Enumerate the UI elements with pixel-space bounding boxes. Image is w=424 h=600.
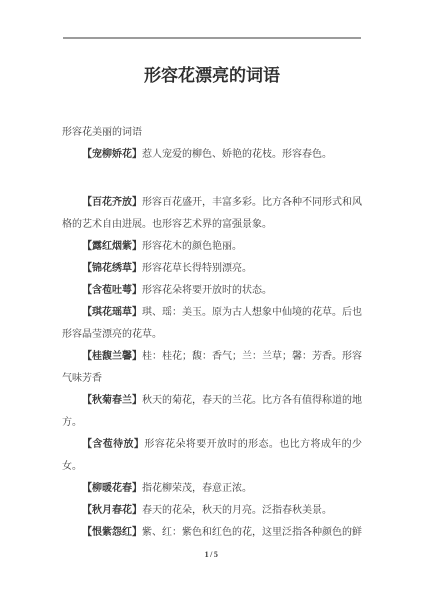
entry-term: 【桂馥兰馨】 [82, 351, 142, 362]
entry-term: 【秋菊春兰】 [82, 395, 142, 406]
page-number: 1/5 [62, 544, 362, 566]
entry-paragraph: 【秋月春花】春天的花朵，秋天的月亮。泛指春秋美景。 [62, 500, 362, 522]
entry-term: 【秋月春花】 [82, 505, 142, 516]
entry-definition: 紫、红：紫色和红色的花，这里泛指各种颜色的鲜 [142, 527, 362, 538]
entry-term: 【含苞待放】 [82, 439, 144, 450]
entry-term: 【琪花瑶草】 [82, 307, 142, 318]
document-page: 形容花漂亮的词语 形容花美丽的词语 【宠柳娇花】惹人宠爱的柳色、娇艳的花枝。形容… [0, 0, 424, 600]
entry-term: 【恨紫怨红】 [82, 527, 142, 538]
entry-term: 【柳暖花春】 [82, 483, 142, 494]
entry-definition: 形容花草长得特别漂亮。 [142, 263, 252, 274]
entry-paragraph: 【锦花绣草】形容花草长得特别漂亮。 [62, 258, 362, 280]
entry-definition: 惹人宠爱的柳色、娇艳的花枝。形容春色。 [142, 149, 332, 160]
entry-paragraph: 【百花齐放】形容百花盛开，丰富多彩。比方各种不同形式和风格的艺术自由进展。也形容… [62, 192, 362, 236]
entry-term: 【锦花绣草】 [82, 263, 142, 274]
entry-paragraph: 【含苞待放】形容花朵将要开放时的形态。也比方将成年的少女。 [62, 434, 362, 478]
entry-term: 【露红烟紫】 [82, 241, 142, 252]
entry-paragraph: 【宠柳娇花】惹人宠爱的柳色、娇艳的花枝。形容春色。 [62, 144, 362, 166]
entry-definition: 指花柳荣茂，春意正浓。 [142, 483, 252, 494]
entry-paragraph: 【桂馥兰馨】桂：桂花；馥：香气；兰：兰草；馨：芳香。形容气味芳香 [62, 346, 362, 390]
entry-definition: 形容花木的颜色艳丽。 [142, 241, 242, 252]
document-body: 形容花美丽的词语 【宠柳娇花】惹人宠爱的柳色、娇艳的花枝。形容春色。 【百花齐放… [62, 122, 362, 566]
entry-term: 【含苞吐萼】 [82, 285, 142, 296]
entry-paragraph: 【恨紫怨红】紫、红：紫色和红色的花，这里泛指各种颜色的鲜 [62, 522, 362, 544]
entry-term: 【宠柳娇花】 [82, 149, 142, 160]
entry-paragraph: 【琪花瑶草】琪、瑶：美玉。原为古人想象中仙境的花草。后也形容晶莹漂亮的花草。 [62, 302, 362, 346]
page-title: 形容花漂亮的词语 [40, 64, 384, 88]
entry-paragraph: 【露红烟紫】形容花木的颜色艳丽。 [62, 236, 362, 258]
entry-definition: 春天的花朵，秋天的月亮。泛指春秋美景。 [142, 505, 332, 516]
document-subtitle: 形容花美丽的词语 [62, 122, 362, 144]
entry-paragraph: 【柳暖花春】指花柳荣茂，春意正浓。 [62, 478, 362, 500]
entries-list: 【宠柳娇花】惹人宠爱的柳色、娇艳的花枝。形容春色。 【百花齐放】形容百花盛开，丰… [62, 144, 362, 544]
entry-definition: 形容花朵将要开放时的状态。 [142, 285, 272, 296]
entry-paragraph: 【秋菊春兰】秋天的菊花，春天的兰花。比方各有值得称道的地方。 [62, 390, 362, 434]
title-divider [63, 37, 361, 39]
entry-term: 【百花齐放】 [82, 197, 142, 208]
entry-paragraph: 【含苞吐萼】形容花朵将要开放时的状态。 [62, 280, 362, 302]
